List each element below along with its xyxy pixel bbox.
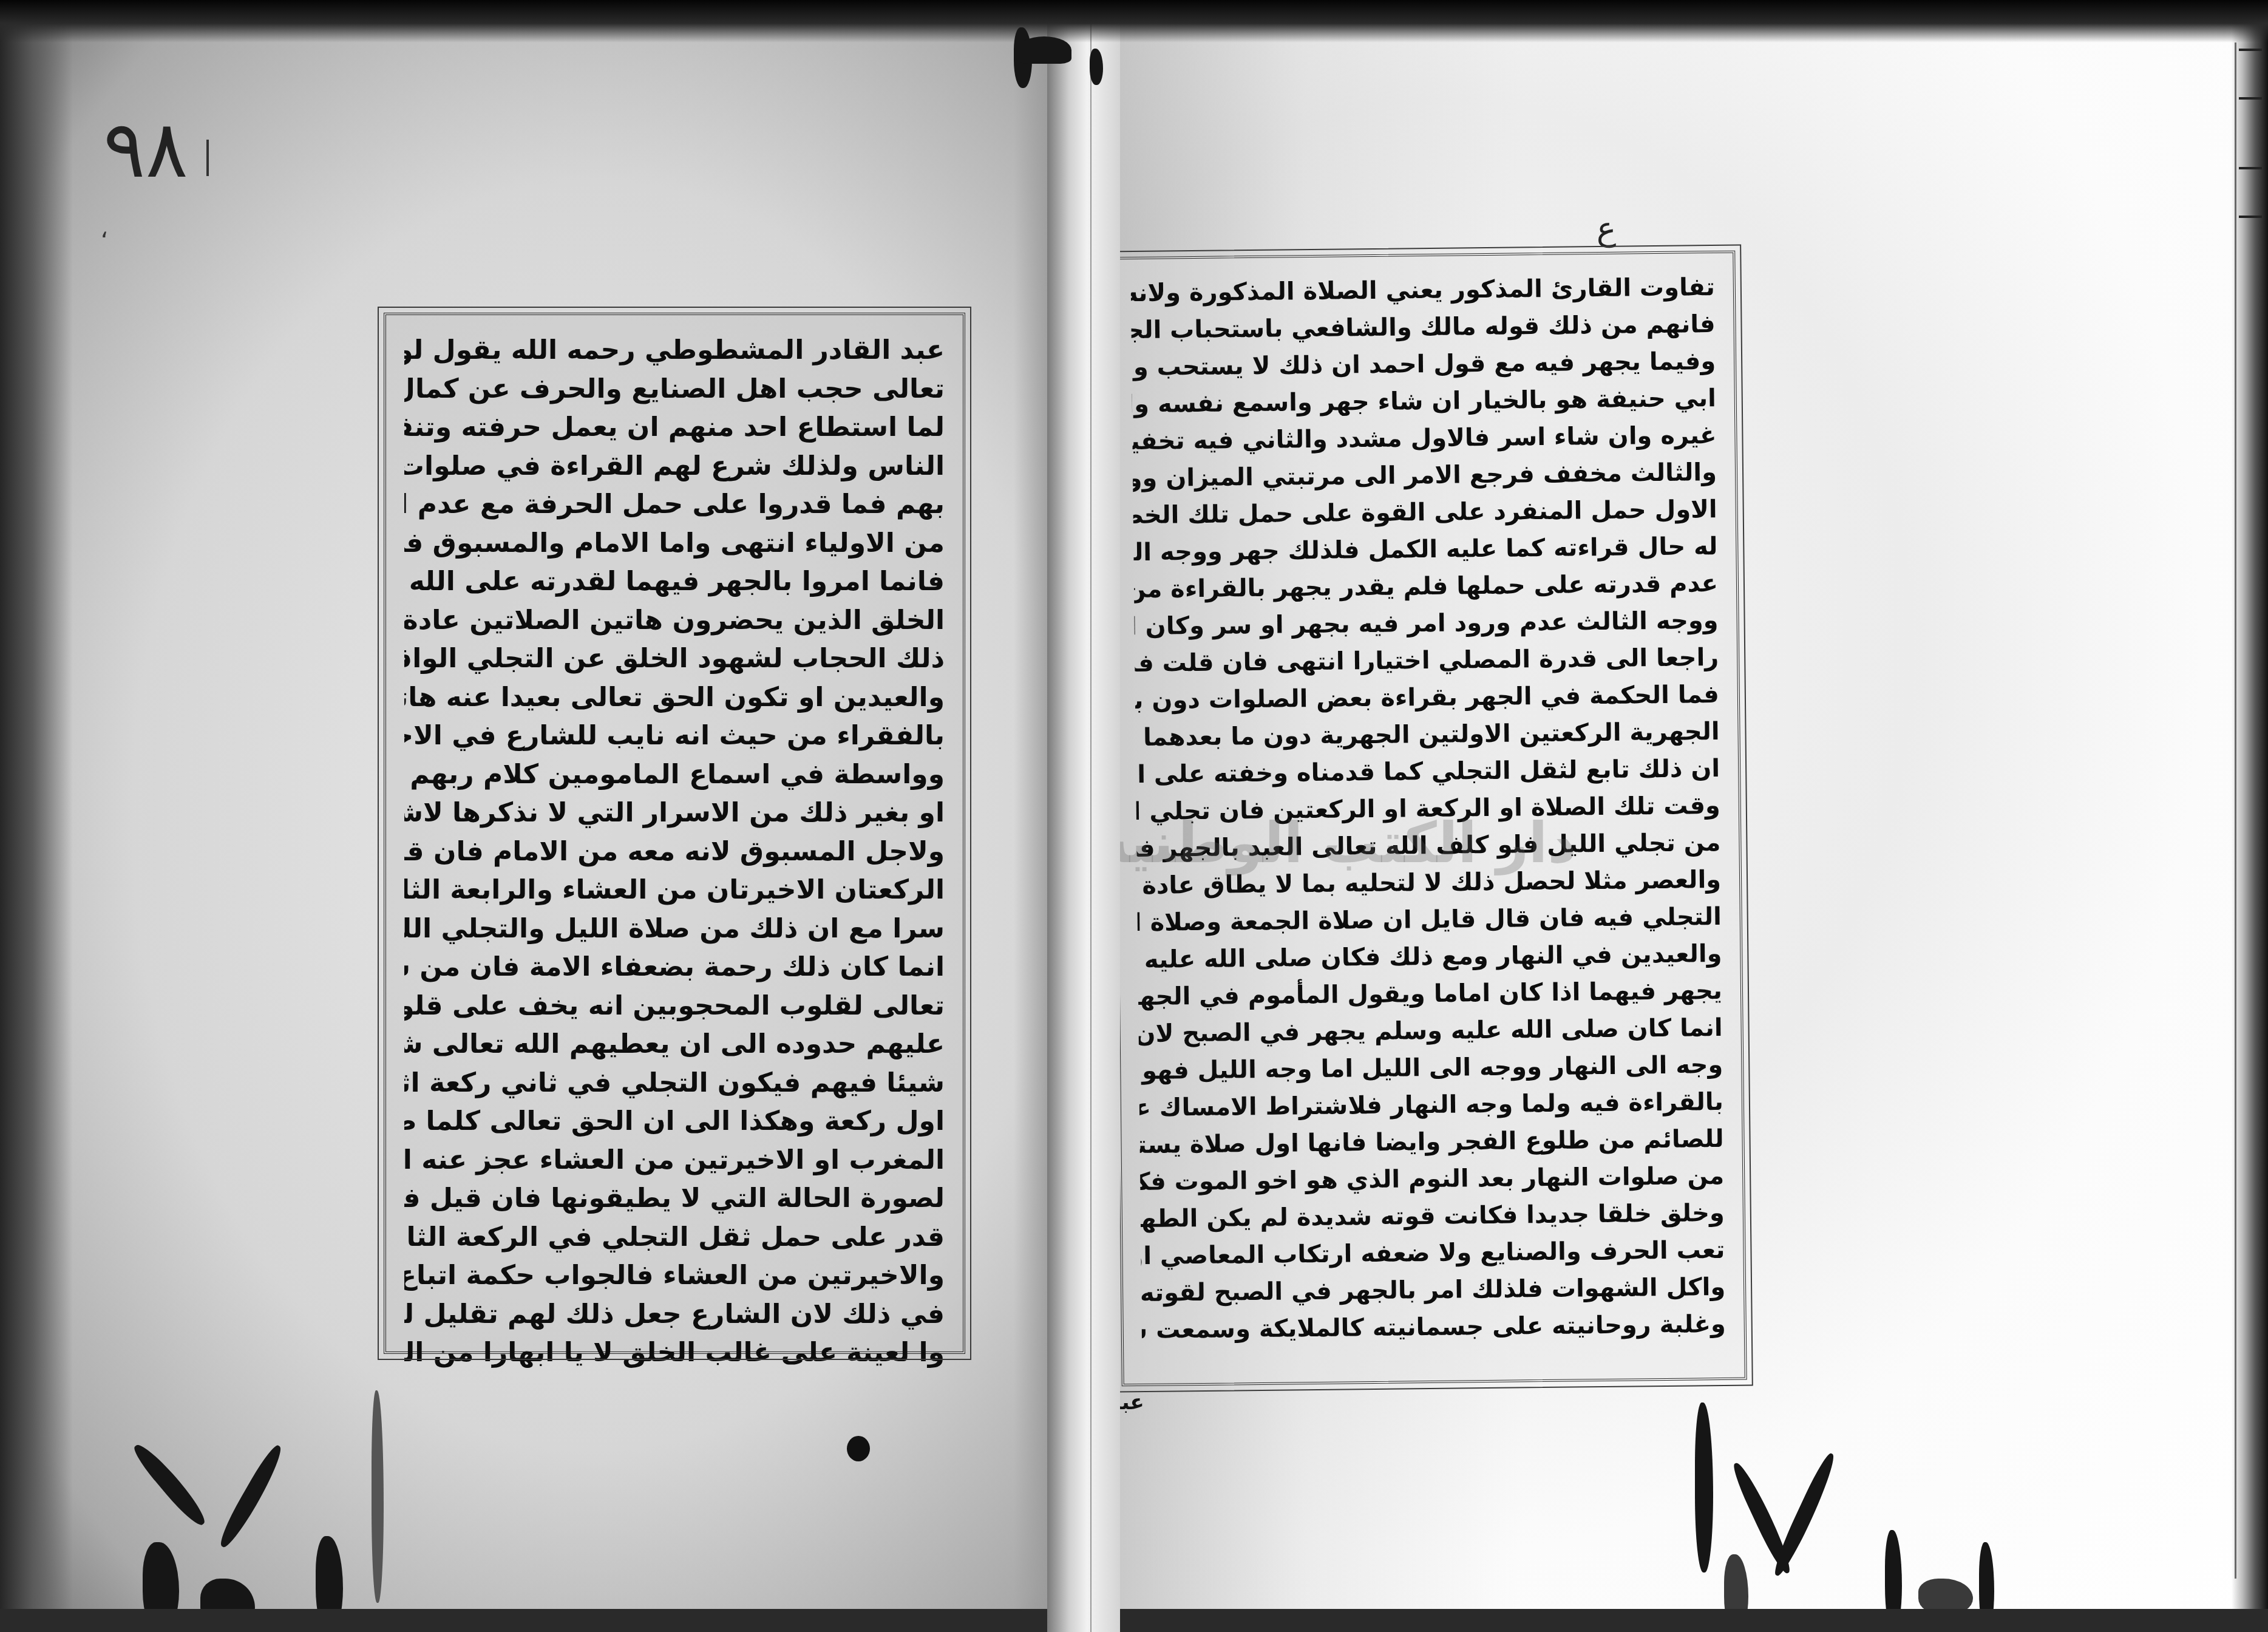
margin-mark bbox=[206, 140, 209, 176]
text-line: فما الحكمة في الجهر بقراءة بعض الصلوات د… bbox=[1135, 676, 1720, 719]
text-line: راجعا الى قدرة المصلي اختيارا انتهى فان … bbox=[1135, 639, 1719, 682]
text-line: تفاوت القارئ المذكور يعني الصلاة المذكور… bbox=[1131, 269, 1716, 312]
gutter-fold bbox=[1090, 0, 1092, 1632]
text-line: الخلق الذين يحضرون هاتين الصلاتين عادة ف… bbox=[404, 601, 945, 640]
left-page: ٩٨ ، عبد القادر المشطوطي رحمه الله يقول … bbox=[0, 0, 1081, 1632]
text-line: فانما امروا بالجهر فيهما لقدرته على الله… bbox=[404, 562, 945, 601]
text-line: ولاجل المسبوق لانه معه من الامام فان قلت… bbox=[404, 832, 945, 871]
text-line: قدر على حمل ثقل التجلي في الركعة الثالثة… bbox=[404, 1218, 945, 1257]
edge-tabs bbox=[2238, 49, 2262, 267]
text-line: ان ذلك تابع لثقل التجلي كما قدمناه وخفته… bbox=[1136, 750, 1720, 794]
text-line: لصورة الحالة التي لا يطيقونها فان قيل فم… bbox=[404, 1179, 945, 1218]
scan-bottom-shadow bbox=[0, 1609, 2268, 1632]
text-line: ذلك الحجاب لشهود الخلق عن التجلي الواقع … bbox=[404, 639, 945, 678]
manuscript-scan: ٩٨ ، عبد القادر المشطوطي رحمه الله يقول … bbox=[0, 0, 2268, 1632]
text-line: انما كان ذلك رحمة بضعفاء الامة فان من شا… bbox=[404, 948, 945, 987]
text-line: التجلي فيه فان قال قايل ان صلاة الجمعة و… bbox=[1137, 899, 1722, 942]
marginal-note: ع bbox=[1597, 209, 1616, 248]
text-line: المغرب او الاخيرتين من العشاء عجز عنه ال… bbox=[404, 1141, 945, 1180]
text-line: الناس ولذلك شرع لهم القراءة في صلوات الن… bbox=[404, 447, 945, 486]
text-line: شيئا فيهم فيكون التجلي في ثاني ركعة اثقل… bbox=[404, 1064, 945, 1103]
text-line: للصائم من طلوع الفجر وايضا فانها اول صلا… bbox=[1139, 1121, 1724, 1164]
text-line: واكل الشهوات فلذلك امر بالجهر في الصبح ل… bbox=[1141, 1269, 1726, 1312]
text-line: الجهرية الركعتين الاولتين الجهرية دون ما… bbox=[1135, 713, 1720, 756]
ink-stain bbox=[215, 1443, 287, 1551]
text-line: وجه الى النهار ووجه الى الليل اما وجه ال… bbox=[1139, 1047, 1723, 1090]
text-line: الركعتان الاخيرتان من العشاء والرابعة ال… bbox=[404, 871, 945, 909]
text-line: له حال قراءته كما عليه الكمل فلذلك جهر و… bbox=[1133, 528, 1718, 571]
page-tear bbox=[372, 1390, 384, 1603]
left-text-block: عبد القادر المشطوطي رحمه الله يقول لولا … bbox=[384, 313, 965, 1354]
text-line: الاول حمل المنفرد على القوة على حمل تلك … bbox=[1133, 491, 1717, 534]
text-line: انما كان صلى الله عليه وسلم يجهر في الصب… bbox=[1138, 1010, 1723, 1053]
text-line: والثالث مخفف فرجع الامر الى مرتبتي الميز… bbox=[1133, 454, 1717, 497]
folio-number: ٩٨ bbox=[103, 103, 188, 195]
text-line: فانهم من ذلك قوله مالك والشافعي باستحباب… bbox=[1131, 306, 1716, 349]
text-line: بالقراءة فيه ولما وجه النهار فلاشتراط ال… bbox=[1139, 1084, 1724, 1127]
text-line: وا لعينة على غالب الخلق لا يا ابهارا من … bbox=[404, 1333, 945, 1372]
text-line: تعالى حجب اهل الصنايع والحرف عن كمال شهو… bbox=[404, 370, 945, 409]
text-line: يجهر فيهما اذا كان اماما ويقول المأموم ف… bbox=[1138, 973, 1723, 1016]
text-line: ابي حنيفة هو بالخيار ان شاء جهر واسمع نف… bbox=[1132, 380, 1717, 423]
ink-blot bbox=[847, 1436, 870, 1461]
text-line: من الاولياء انتهى واما الامام والمسبوق ف… bbox=[404, 524, 945, 563]
margin-tick: ، bbox=[100, 216, 108, 243]
text-line: عليهم حدوده الى ان يعطيهم الله تعالى شيئ… bbox=[404, 1025, 945, 1064]
text-line: ووجه الثالث عدم ورود امر فيه بجهر او سر … bbox=[1134, 602, 1719, 645]
ink-stain bbox=[1017, 36, 1071, 64]
text-line: غيره وان شاء اسر فالاول مشدد والثاني فيه… bbox=[1132, 417, 1717, 460]
text-line: لما استطاع احد منهم ان يعمل حرفته وتنقطع… bbox=[404, 408, 945, 447]
ink-stain bbox=[130, 1439, 210, 1530]
text-line: تعب الحرف والصنايع ولا ضعفه ارتكاب المعا… bbox=[1141, 1232, 1725, 1275]
text-line: وغلبة روحانيته على جسمانيته كالملايكة وس… bbox=[1141, 1306, 1726, 1349]
text-line: بهم فما قدروا على حمل الحرفة مع عدم الحج… bbox=[404, 485, 945, 524]
text-line: من صلوات النهار بعد النوم الذي هو اخو ال… bbox=[1140, 1158, 1725, 1201]
book-gutter bbox=[1047, 0, 1120, 1632]
text-line: والاخيرتين من العشاء فالجواب حكمة اتباع … bbox=[404, 1256, 945, 1295]
scan-top-shadow bbox=[0, 0, 2268, 42]
text-line: اول ركعة وهكذا الى ان الحق تعالى كلما طل… bbox=[404, 1102, 945, 1141]
text-line: او بغير ذلك من الاسرار التي لا نذكرها لا… bbox=[404, 794, 945, 832]
text-line: في ذلك لان الشارع جعل ذلك لهم تقليل لثقل… bbox=[404, 1295, 945, 1334]
text-line: عدم قدرته على حملها فلم يقدر يجهر بالقرا… bbox=[1134, 565, 1719, 608]
text-line: وفيما يجهر فيه مع قول احمد ان ذلك لا يست… bbox=[1132, 343, 1716, 386]
library-watermark: دار الكتب الوطنية bbox=[1096, 811, 1577, 875]
edge-rule bbox=[2235, 42, 2236, 1579]
text-line: والعيدين في النهار ومع ذلك فكان صلى الله… bbox=[1138, 936, 1722, 979]
text-line: بالفقراء من حيث انه نايب للشارع في الاجت… bbox=[404, 716, 945, 755]
text-line: سرا مع ان ذلك من صلاة الليل والتجلي اللي… bbox=[404, 909, 945, 948]
text-line: وخلق خلقا جديدا فكانت قوته شديدة لم يكن … bbox=[1141, 1195, 1725, 1238]
text-line: والعيدين او تكون الحق تعالى بعيدا عنه ها… bbox=[404, 678, 945, 717]
text-line: تعالى لقلوب المحجوبين انه يخف على قلوبهم… bbox=[404, 987, 945, 1025]
text-line: وواسطة في اسماع المامومين كلام ربهم وتكب… bbox=[404, 755, 945, 794]
text-line: عبد القادر المشطوطي رحمه الله يقول لولا … bbox=[404, 331, 945, 370]
